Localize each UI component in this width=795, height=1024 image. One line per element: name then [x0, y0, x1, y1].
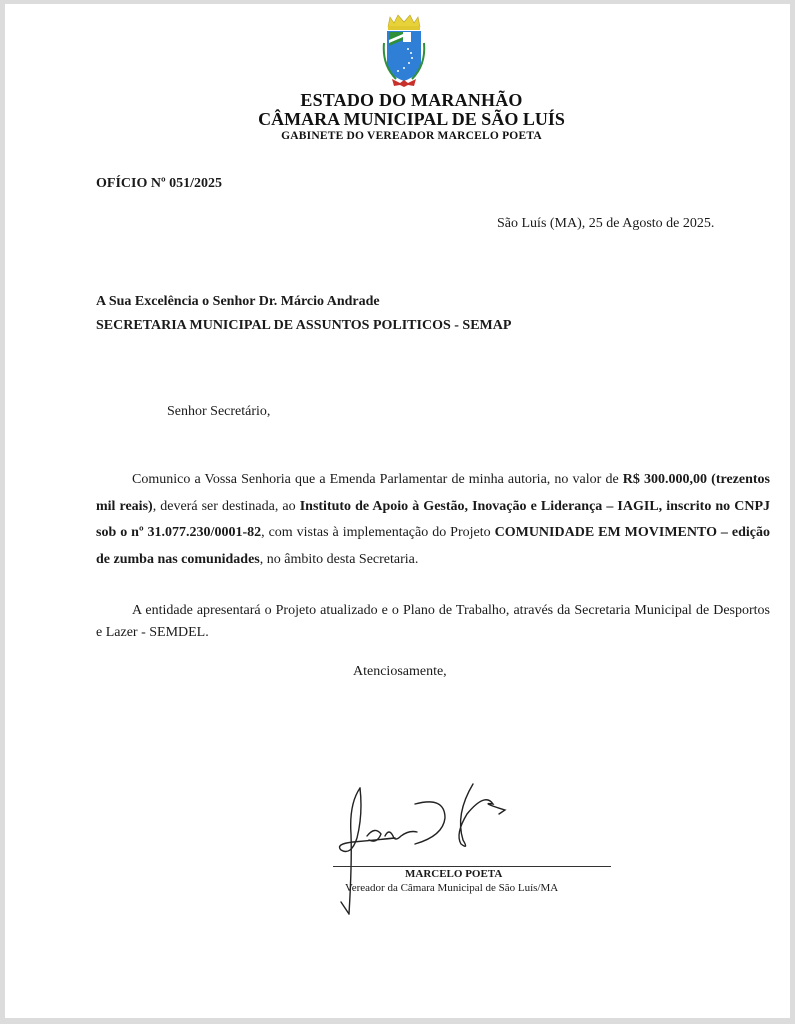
paragraph-text: Comunico a Vossa Senhoria que a Emenda P…: [132, 472, 623, 487]
handwritten-signature-icon: [305, 774, 545, 944]
header-chamber: CÂMARA MUNICIPAL DE SÃO LUÍS: [19, 109, 795, 130]
coat-of-arms-icon: [378, 13, 430, 87]
place-date: São Luís (MA), 25 de Agosto de 2025.: [497, 216, 714, 232]
recipient-department: SECRETARIA MUNICIPAL DE ASSUNTOS POLITIC…: [96, 318, 511, 334]
paragraph-text: , com vistas à implementação do Projeto: [261, 525, 494, 540]
signer-role: Vereador da Câmara Municipal de São Luís…: [345, 882, 558, 894]
signer-name: MARCELO POETA: [405, 868, 502, 880]
paragraph-text: , no âmbito desta Secretaria.: [260, 552, 419, 567]
header-office: GABINETE DO VEREADOR MARCELO POETA: [19, 130, 795, 142]
letter-number: OFÍCIO Nº 051/2025: [96, 176, 222, 192]
body-paragraph-2: A entidade apresentará o Projeto atualiz…: [96, 600, 770, 644]
recipient-name: A Sua Excelência o Senhor Dr. Márcio And…: [96, 294, 380, 310]
body-paragraph-1: Comunico a Vossa Senhoria que a Emenda P…: [96, 467, 770, 573]
paragraph-text: , deverá ser destinada, ao: [153, 499, 300, 514]
document-page: ESTADO DO MARANHÃO CÂMARA MUNICIPAL DE S…: [5, 4, 790, 1018]
signature-line: [333, 866, 611, 867]
closing: Atenciosamente,: [353, 664, 447, 680]
salutation: Senhor Secretário,: [167, 404, 270, 420]
header-state: ESTADO DO MARANHÃO: [19, 90, 795, 111]
